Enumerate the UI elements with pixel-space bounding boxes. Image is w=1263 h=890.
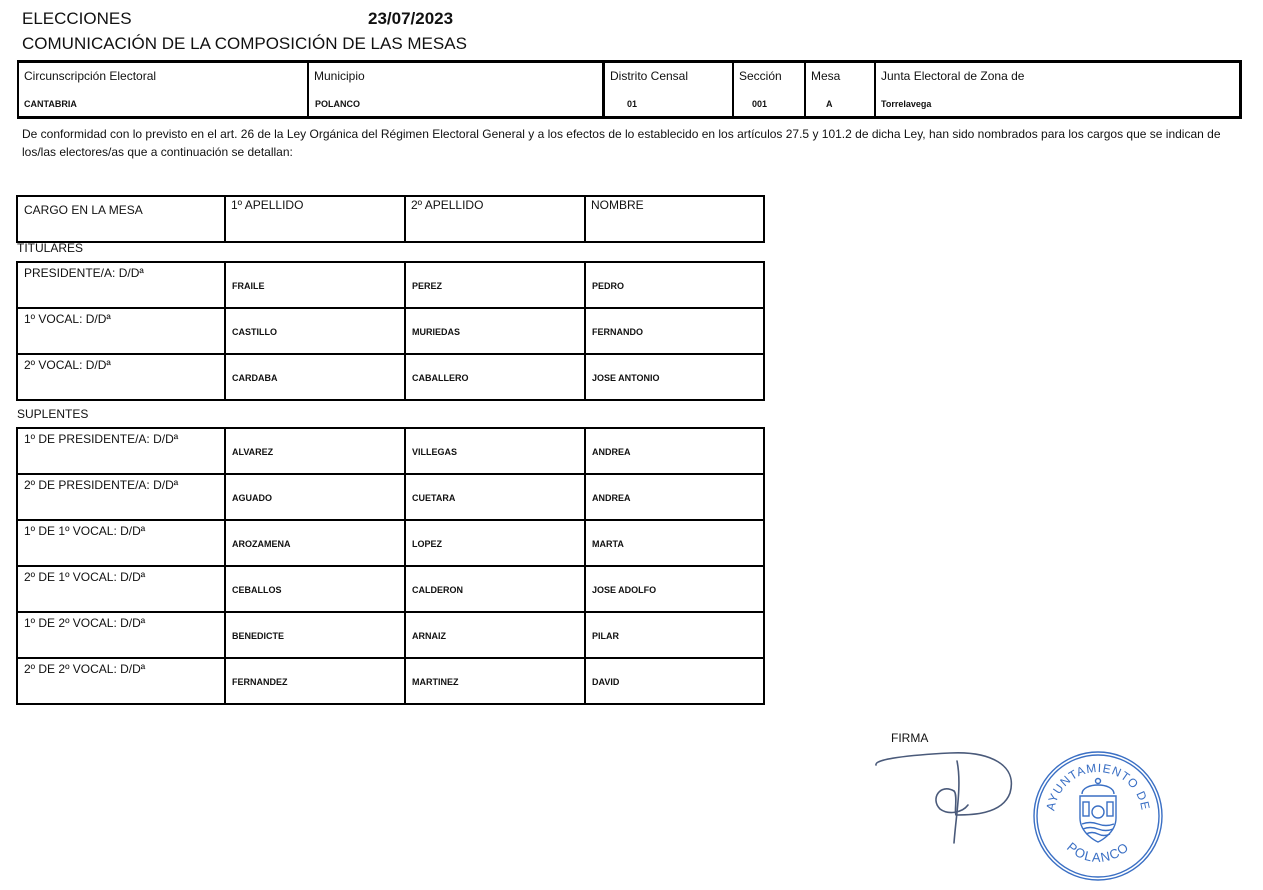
header-cargo: CARGO EN LA MESA <box>17 196 225 242</box>
apellido1-cell: ALVAREZ <box>225 428 405 474</box>
info-label: Distrito Censal <box>610 69 688 83</box>
info-label: Municipio <box>314 69 365 83</box>
ayuntamiento-stamp-icon: AYUNTAMIENTO DE POLANCO <box>1030 748 1166 884</box>
nombre-cell: JOSE ANTONIO <box>585 354 764 400</box>
info-label: Sección <box>739 69 782 83</box>
apellido1-cell: AROZAMENA <box>225 520 405 566</box>
table-row: 2º DE 2º VOCAL: D/DªFERNANDEZMARTINEZDAV… <box>17 658 764 704</box>
cargo-cell: 2º DE PRESIDENTE/A: D/Dª <box>17 474 225 520</box>
info-seccion: Sección 001 <box>734 63 806 116</box>
intro-paragraph: De conformidad con lo previsto en el art… <box>22 125 1222 161</box>
cargo-cell: 2º DE 2º VOCAL: D/Dª <box>17 658 225 704</box>
info-value: Torrelavega <box>881 99 931 109</box>
apellido2-cell: LOPEZ <box>405 520 585 566</box>
info-value: CANTABRIA <box>24 99 77 109</box>
apellido2-cell: MARTINEZ <box>405 658 585 704</box>
nombre-cell: PILAR <box>585 612 764 658</box>
info-distrito: Distrito Censal 01 <box>605 63 734 116</box>
table-row: 1º VOCAL: D/DªCASTILLOMURIEDASFERNANDO <box>17 308 764 354</box>
header-row: CARGO EN LA MESA 1º APELLIDO 2º APELLIDO… <box>17 196 764 242</box>
apellido1-cell: CASTILLO <box>225 308 405 354</box>
nombre-cell: ANDREA <box>585 474 764 520</box>
apellido1-cell: AGUADO <box>225 474 405 520</box>
election-date: 23/07/2023 <box>368 9 453 29</box>
info-value: POLANCO <box>315 99 360 109</box>
info-label: Circunscripción Electoral <box>24 69 156 83</box>
table-row: PRESIDENTE/A: D/DªFRAILEPEREZPEDRO <box>17 262 764 308</box>
cargo-cell: 2º DE 1º VOCAL: D/Dª <box>17 566 225 612</box>
document-subtitle: COMUNICACIÓN DE LA COMPOSICIÓN DE LAS ME… <box>22 34 467 54</box>
table-row: 1º DE 1º VOCAL: D/DªAROZAMENALOPEZMARTA <box>17 520 764 566</box>
suplentes-table: 1º DE PRESIDENTE/A: D/DªALVAREZVILLEGASA… <box>16 427 765 705</box>
cargo-cell: 1º VOCAL: D/Dª <box>17 308 225 354</box>
signature-label: FIRMA <box>891 731 928 745</box>
nombre-cell: FERNANDO <box>585 308 764 354</box>
apellido1-cell: BENEDICTE <box>225 612 405 658</box>
apellido2-cell: PEREZ <box>405 262 585 308</box>
document-title: ELECCIONES <box>22 9 132 29</box>
apellido1-cell: CARDABA <box>225 354 405 400</box>
header-nombre: NOMBRE <box>585 196 764 242</box>
cargo-cell: 1º DE 1º VOCAL: D/Dª <box>17 520 225 566</box>
info-municipio: Municipio POLANCO <box>309 63 605 116</box>
suplentes-heading: SUPLENTES <box>17 407 88 421</box>
apellido1-cell: CEBALLOS <box>225 566 405 612</box>
cargo-cell: 1º DE PRESIDENTE/A: D/Dª <box>17 428 225 474</box>
cargo-cell: PRESIDENTE/A: D/Dª <box>17 262 225 308</box>
info-label: Junta Electoral de Zona de <box>881 69 1024 83</box>
nombre-cell: PEDRO <box>585 262 764 308</box>
apellido2-cell: MURIEDAS <box>405 308 585 354</box>
nombre-cell: ANDREA <box>585 428 764 474</box>
table-row: 2º DE PRESIDENTE/A: D/DªAGUADOCUETARAAND… <box>17 474 764 520</box>
apellido2-cell: VILLEGAS <box>405 428 585 474</box>
titulares-heading: TITULARES <box>17 241 83 255</box>
nombre-cell: JOSE ADOLFO <box>585 566 764 612</box>
info-value: 001 <box>752 99 767 109</box>
mesa-info-table: Circunscripción Electoral CANTABRIA Muni… <box>17 60 1242 119</box>
column-header-table: CARGO EN LA MESA 1º APELLIDO 2º APELLIDO… <box>16 195 765 243</box>
info-circunscripcion: Circunscripción Electoral CANTABRIA <box>19 63 309 116</box>
table-row: 1º DE 2º VOCAL: D/DªBENEDICTEARNAIZPILAR <box>17 612 764 658</box>
cargo-cell: 2º VOCAL: D/Dª <box>17 354 225 400</box>
nombre-cell: MARTA <box>585 520 764 566</box>
apellido1-cell: FERNANDEZ <box>225 658 405 704</box>
titulares-table: PRESIDENTE/A: D/DªFRAILEPEREZPEDRO1º VOC… <box>16 261 765 401</box>
table-row: 2º VOCAL: D/DªCARDABACABALLEROJOSE ANTON… <box>17 354 764 400</box>
table-row: 2º DE 1º VOCAL: D/DªCEBALLOSCALDERONJOSE… <box>17 566 764 612</box>
info-mesa: Mesa A <box>806 63 876 116</box>
signature-scribble-icon <box>870 745 1020 855</box>
nombre-cell: DAVID <box>585 658 764 704</box>
cargo-cell: 1º DE 2º VOCAL: D/Dª <box>17 612 225 658</box>
apellido1-cell: FRAILE <box>225 262 405 308</box>
table-row: 1º DE PRESIDENTE/A: D/DªALVAREZVILLEGASA… <box>17 428 764 474</box>
apellido2-cell: ARNAIZ <box>405 612 585 658</box>
apellido2-cell: CALDERON <box>405 566 585 612</box>
info-value: 01 <box>627 99 637 109</box>
header-apellido2: 2º APELLIDO <box>405 196 585 242</box>
info-value: A <box>826 99 833 109</box>
svg-text:POLANCO: POLANCO <box>1064 839 1132 865</box>
apellido2-cell: CABALLERO <box>405 354 585 400</box>
info-junta: Junta Electoral de Zona de Torrelavega <box>876 63 1239 116</box>
apellido2-cell: CUETARA <box>405 474 585 520</box>
info-label: Mesa <box>811 69 840 83</box>
header-apellido1: 1º APELLIDO <box>225 196 405 242</box>
